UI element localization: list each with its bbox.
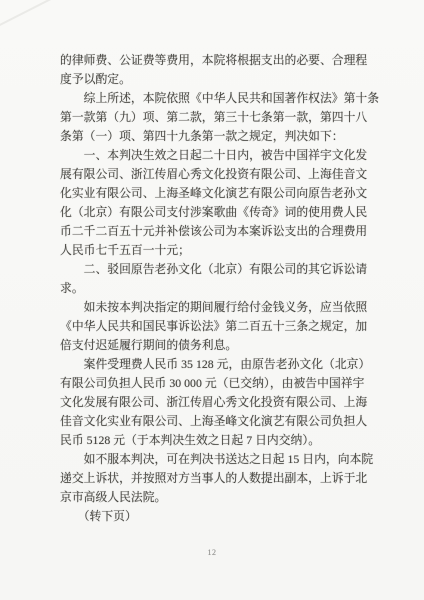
text-line: 展有限公司、浙江传眉心秀文化投资有限公司、上海佳音文 xyxy=(60,165,374,184)
text-line: 人民币七千五百一十元； xyxy=(60,241,374,260)
judgment-text-block: 的律师费、公证费等费用，本院将根据支出的必要、合理程 度予以酌定。 综上所述，本… xyxy=(60,51,374,526)
text-line: 京市高级人民法院。 xyxy=(60,488,374,507)
text-line: 有限公司负担人民币 30 000 元（已交纳），由被告中国祥宇 xyxy=(60,374,374,393)
text-line: 佳音文化实业有限公司、上海圣峰文化演艺有限公司负担人 xyxy=(60,412,374,431)
text-line: 二、驳回原告老孙文化（北京）有限公司的其它诉讼请 xyxy=(60,260,374,279)
text-line: 文化发展有限公司、浙江传眉心秀文化投资有限公司、上海 xyxy=(60,393,374,412)
text-line: 递交上诉状，并按照对方当事人的人数提出副本，上诉于北 xyxy=(60,469,374,488)
text-line: 币二千二百五十元并补偿该公司为本案诉讼支出的合理费用 xyxy=(60,222,374,241)
page-number: 12 xyxy=(0,548,424,557)
text-line: 如未按本判决指定的期间履行给付金钱义务，应当依照 xyxy=(60,298,374,317)
text-line: 如不服本判决，可在判决书送达之日起 15 日内，向本院 xyxy=(60,450,374,469)
text-line: （转下页） xyxy=(60,507,374,526)
text-line: 《中华人民共和国民事诉讼法》第二百五十三条之规定，加 xyxy=(60,317,374,336)
scanned-document-page: { "colors": { "background": "#f7f7f5", "… xyxy=(0,0,424,600)
text-line: 一、本判决生效之日起二十日内，被告中国祥宇文化发 xyxy=(60,146,374,165)
text-line: 化（北京）有限公司支付涉案歌曲《传奇》词的使用费人民 xyxy=(60,203,374,222)
text-line: 第一款第（九）项、第二款，第三十七条第一款，第四十八 xyxy=(60,108,374,127)
text-line: 度予以酌定。 xyxy=(60,70,374,89)
text-line: 求。 xyxy=(60,279,374,298)
text-line: 综上所述，本院依照《中华人民共和国著作权法》第十条 xyxy=(60,89,374,108)
text-line: 条第（一）项、第四十九条第一款之规定，判决如下： xyxy=(60,127,374,146)
text-line: 化实业有限公司、上海圣峰文化演艺有限公司向原告老孙文 xyxy=(60,184,374,203)
document-page: 的律师费、公证费等费用，本院将根据支出的必要、合理程 度予以酌定。 综上所述，本… xyxy=(0,0,424,600)
text-line: 倍支付迟延履行期间的债务利息。 xyxy=(60,336,374,355)
text-line: 案件受理费人民币 35 128 元，由原告老孙文化（北京） xyxy=(60,355,374,374)
text-line: 的律师费、公证费等费用，本院将根据支出的必要、合理程 xyxy=(60,51,374,70)
scan-artifact-line xyxy=(0,0,104,31)
text-line: 民币 5128 元（于本判决生效之日起 7 日内交纳）。 xyxy=(60,431,374,450)
